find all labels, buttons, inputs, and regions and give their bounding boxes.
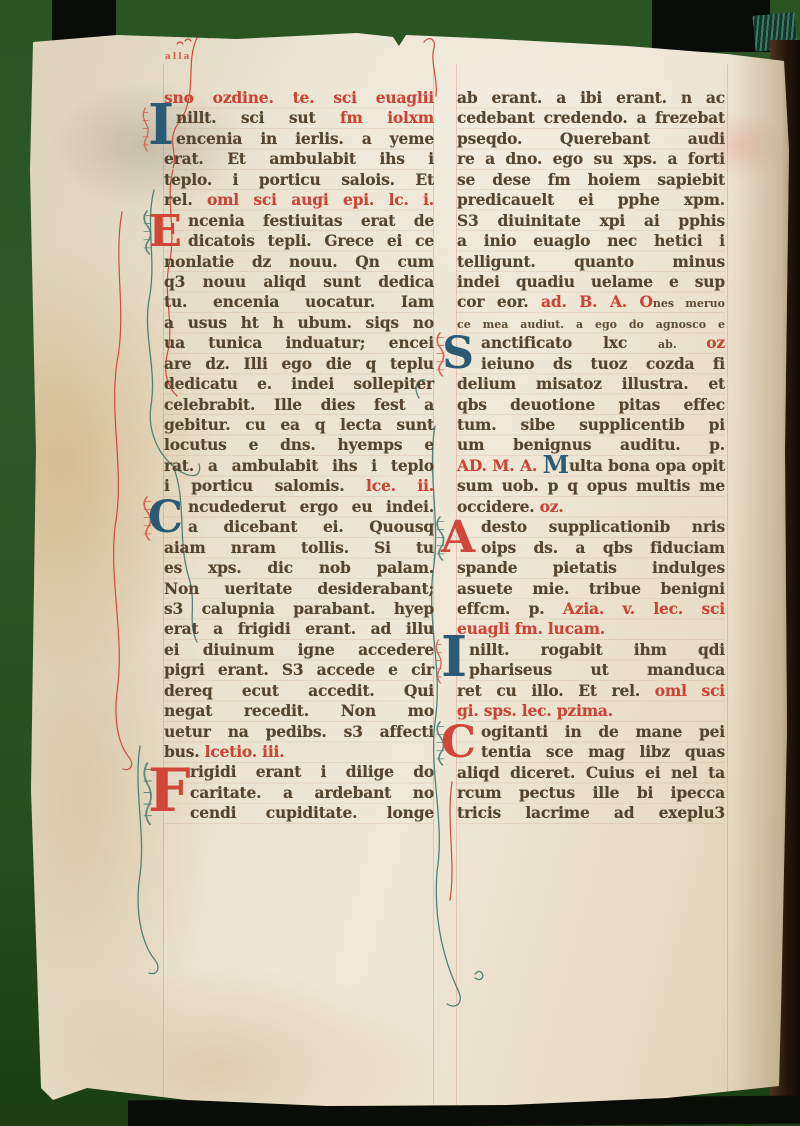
body-text: pigri erant. S3 accede e cir xyxy=(164,660,434,679)
ruling-line-vertical xyxy=(727,64,728,1110)
text-block: aiam nram tollis. Si tues xps. dic nob p… xyxy=(164,538,434,763)
body-text: nonlatie dz nouu. Qn cum xyxy=(164,252,434,271)
rubric-text: gi. sps. lec. pzima. xyxy=(457,701,613,720)
initial-letter: C xyxy=(148,497,182,539)
body-text: i porticu salomis. xyxy=(164,476,366,495)
body-text: erat. Et ambulabit ihs i xyxy=(164,149,434,168)
text-line: es xps. dic nob palam. xyxy=(164,558,434,578)
body-text: nillt. sci sut xyxy=(176,108,340,127)
text-block: Encenia festiuitas erat dedicatois tepli… xyxy=(164,211,434,252)
body-text: rcum pectus ille bi ipecca xyxy=(457,783,725,802)
text-line: q3 nouu aliqd sunt dedica xyxy=(164,272,434,292)
text-line: ei diuinum igne accedere xyxy=(164,640,434,660)
body-text: phariseus ut manduca xyxy=(469,660,725,679)
rubric-text: AD. M. A. xyxy=(457,456,543,475)
manuscript-page: alla sno ozdine. te. sci euagliiInillt. … xyxy=(27,30,793,1110)
text-block: Cogitanti in de mane peitentia sce mag l… xyxy=(457,722,725,763)
text-line: sno ozdine. te. sci euaglii xyxy=(164,88,434,108)
body-text: rat. a ambulabit ihs i teplo xyxy=(164,456,434,475)
text-line: phariseus ut manduca xyxy=(457,660,725,680)
body-text: Non ueritate desiderabant; xyxy=(164,579,434,598)
drop-cap-initial-S: S xyxy=(441,333,475,374)
rubric-text: oz. xyxy=(540,497,564,516)
text-line: pseqdo. Querebant audi xyxy=(457,129,725,149)
body-text: ncenia festiuitas erat de xyxy=(188,211,434,230)
body-text: qbs deuotione pitas effec xyxy=(457,395,725,414)
text-column-right: ab erant. a ibi erant. n accedebant cred… xyxy=(457,88,725,824)
body-text: s3 calupnia parabant. hyep xyxy=(164,599,434,618)
text-line: rigidi erant i dilige do xyxy=(164,762,434,782)
body-text: encenia in ierlis. a yeme xyxy=(176,129,434,148)
text-line: S3 diuinitate xpi ai pphis xyxy=(457,211,725,231)
text-line: are dz. Illi ego die q teplu xyxy=(164,354,434,374)
initial-letter: E xyxy=(148,211,182,253)
drop-cap-initial-A: A xyxy=(441,517,475,558)
body-text: spande pietatis indulges xyxy=(457,558,725,577)
body-text: locutus e dns. hyemps e xyxy=(164,435,434,454)
text-line: desto supplicationib nris xyxy=(457,517,725,537)
text-line: ab erant. a ibi erant. n ac xyxy=(457,88,725,108)
body-text: desto supplicationib nris xyxy=(481,517,725,536)
body-text: aliqd diceret. Cuius ei nel ta xyxy=(457,763,725,782)
text-line: tum. sibe supplicentib pi xyxy=(457,415,725,435)
text-block: ret cu illo. Et rel. oml scigi. sps. lec… xyxy=(457,681,725,722)
text-line: nillt. rogabit ihm qdi xyxy=(457,640,725,660)
text-block: aliqd diceret. Cuius ei nel tarcum pectu… xyxy=(457,763,725,824)
text-line: anctificato lxc ab. oz xyxy=(457,333,725,353)
text-line: negat recedit. Non mo xyxy=(164,701,434,721)
body-text: celebrabit. Ille dies fest a xyxy=(164,395,434,414)
text-line: rcum pectus ille bi ipecca xyxy=(457,783,725,803)
body-text: nillt. rogabit ihm qdi xyxy=(469,640,725,659)
text-line: dicatois tepli. Grece ei ce xyxy=(164,231,434,251)
text-line: ieiuno ds tuoz cozda fi xyxy=(457,354,725,374)
text-line: ua tunica induatur; encei xyxy=(164,333,434,353)
drop-cap-initial-I: I xyxy=(441,640,463,681)
text-line: se dese fm hoiem sapiebit xyxy=(457,170,725,190)
initial-letter: A xyxy=(441,517,475,559)
text-block: erat. Et ambulabit ihs iteplo. i porticu… xyxy=(164,149,434,210)
body-text: ogitanti in de mane pei xyxy=(481,722,725,741)
text-line: nillt. sci sut fm iolxm xyxy=(164,108,434,128)
rubric-text: lce. ii. xyxy=(366,476,434,495)
text-line: bus. lcetio. iii. xyxy=(164,742,434,762)
text-line: erat a frigidi erant. ad illu xyxy=(164,619,434,639)
text-line: celebrabit. Ille dies fest a xyxy=(164,395,434,415)
body-text: uetur na pedibs. s3 affecti xyxy=(164,722,434,741)
body-text: es xps. dic nob palam. xyxy=(164,558,434,577)
text-line: a dicebant ei. Quousq xyxy=(164,517,434,537)
rubric-text: fm iolxm xyxy=(340,108,434,127)
text-line: delium misatoz illustra. et xyxy=(457,374,725,394)
text-line: telligunt. quanto minus xyxy=(457,252,725,272)
body-text: dedicatu e. indei sollepiter xyxy=(164,374,434,393)
rubric-text: sno ozdine. te. sci euaglii xyxy=(164,88,434,107)
text-line: erat. Et ambulabit ihs i xyxy=(164,149,434,169)
drop-cap-initial-I: I xyxy=(148,108,170,149)
drop-cap-initial-C: C xyxy=(148,497,182,538)
text-line: euagli fm. lucam. xyxy=(457,619,725,639)
text-block: Sanctificato lxc ab. ozieiuno ds tuoz co… xyxy=(457,333,725,374)
body-text: a inio euaglo nec hetici i xyxy=(457,231,725,250)
body-text: predicauelt ei pphe xpm. xyxy=(457,190,725,209)
body-text: re a dno. ego su xps. a forti xyxy=(457,149,725,168)
drop-cap-initial-F: F xyxy=(148,762,184,823)
text-line: nonlatie dz nouu. Qn cum xyxy=(164,252,434,272)
initial-letter: S xyxy=(441,333,475,375)
text-line: i porticu salomis. lce. ii. xyxy=(164,476,434,496)
text-line: AD. M. A. Multa bona opa opit xyxy=(457,456,725,476)
text-line: aliqd diceret. Cuius ei nel ta xyxy=(457,763,725,783)
initial-letter: I xyxy=(441,635,463,679)
body-text: ua tunica induatur; encei xyxy=(164,333,434,352)
body-text: oips ds. a qbs fiduciam xyxy=(481,538,725,557)
rubric-text: oz xyxy=(706,333,725,352)
text-block: Inillt. sci sut fm iolxmencenia in ierli… xyxy=(164,108,434,149)
body-text: ab erant. a ibi erant. n ac xyxy=(457,88,725,107)
text-line: cor eor. ad. B. A. Ones meruo xyxy=(457,292,725,312)
text-column-left: sno ozdine. te. sci euagliiInillt. sci s… xyxy=(164,88,434,824)
body-text: ce mea audiut. a ego do agnosco e xyxy=(457,318,725,331)
text-line: gi. sps. lec. pzima. xyxy=(457,701,725,721)
body-text: effcm. p. xyxy=(457,599,563,618)
body-text: pseqdo. Querebant audi xyxy=(457,129,725,148)
body-text: cendi cupiditate. longe xyxy=(190,803,434,822)
drop-cap-initial-E: E xyxy=(148,211,182,252)
body-text: indei quadiu uelame e sup xyxy=(457,272,725,291)
text-block: ab erant. a ibi erant. n accedebant cred… xyxy=(457,88,725,333)
body-text: aiam nram tollis. Si tu xyxy=(164,538,434,557)
text-line: aiam nram tollis. Si tu xyxy=(164,538,434,558)
margin-mark: alla xyxy=(165,52,192,62)
rubric-text: ad. B. A. O xyxy=(541,292,653,311)
text-block: Frigidi erant i dilige docaritate. a ard… xyxy=(164,762,434,823)
text-line: dereq ecut accedit. Qui xyxy=(164,681,434,701)
body-text: S3 diuinitate xpi ai pphis xyxy=(457,211,725,230)
body-text: erat a frigidi erant. ad illu xyxy=(164,619,434,638)
body-text: a usus ht h ubum. siqs no xyxy=(164,313,434,332)
body-text: ret cu illo. Et rel. xyxy=(457,681,655,700)
body-text: asuete mie. tribue benigni xyxy=(457,579,725,598)
rubric-text: oml sci xyxy=(655,681,725,700)
text-line: cendi cupiditate. longe xyxy=(164,803,434,823)
rubric-text: lcetio. iii. xyxy=(205,742,285,761)
body-text: dicatois tepli. Grece ei ce xyxy=(188,231,434,250)
drop-cap-initial-C: C xyxy=(441,722,475,763)
body-text: rigidi erant i dilige do xyxy=(190,762,434,781)
initial-letter: C xyxy=(441,722,475,764)
text-line: gebitur. cu ea q lecta sunt xyxy=(164,415,434,435)
body-text: tricis lacrime ad exeplu3 xyxy=(457,803,725,822)
text-line: rel. oml sci augi epi. lc. i. xyxy=(164,190,434,210)
body-text: sum uob. p q opus multis me xyxy=(457,476,725,495)
body-text: cedebant credendo. a frezebat xyxy=(457,108,725,127)
text-block: sno ozdine. te. sci euaglii xyxy=(164,88,434,108)
text-line: dedicatu e. indei sollepiter xyxy=(164,374,434,394)
body-text: q3 nouu aliqd sunt dedica xyxy=(164,272,434,291)
text-line: encenia in ierlis. a yeme xyxy=(164,129,434,149)
body-text: negat recedit. Non mo xyxy=(164,701,434,720)
text-block: Adesto supplicationib nrisoips ds. a qbs… xyxy=(457,517,725,558)
text-line: tricis lacrime ad exeplu3 xyxy=(457,803,725,823)
body-text: gebitur. cu ea q lecta sunt xyxy=(164,415,434,434)
text-line: predicauelt ei pphe xpm. xyxy=(457,190,725,210)
body-text: ieiuno ds tuoz cozda fi xyxy=(481,354,725,373)
text-line: locutus e dns. hyemps e xyxy=(164,435,434,455)
body-text: tum. sibe supplicentib pi xyxy=(457,415,725,434)
text-block: delium misatoz illustra. etqbs deuotione… xyxy=(457,374,725,517)
body-text: tu. encenia uocatur. Iam xyxy=(164,292,434,311)
text-block: spande pietatis indulgesasuete mie. trib… xyxy=(457,558,725,640)
initial-letter: I xyxy=(148,103,170,147)
body-text: are dz. Illi ego die q teplu xyxy=(164,354,434,373)
rubric-text: Azia. v. lec. sci xyxy=(563,599,725,618)
text-line: ncenia festiuitas erat de xyxy=(164,211,434,231)
text-line: indei quadiu uelame e sup xyxy=(457,272,725,292)
body-text: um benignus auditu. p. xyxy=(457,435,725,454)
text-line: oips ds. a qbs fiduciam xyxy=(457,538,725,558)
text-line: spande pietatis indulges xyxy=(457,558,725,578)
text-block: Inillt. rogabit ihm qdiphariseus ut mand… xyxy=(457,640,725,681)
initial-letter: F xyxy=(148,762,184,820)
body-text: ei diuinum igne accedere xyxy=(164,640,434,659)
body-text: cor eor. xyxy=(457,292,541,311)
text-line: ncudederut ergo eu indei. xyxy=(164,497,434,517)
text-line: a inio euaglo nec hetici i xyxy=(457,231,725,251)
text-line: occidere. oz. xyxy=(457,497,725,517)
text-line: caritate. a ardebant no xyxy=(164,783,434,803)
rubric-text: oml sci augi epi. lc. i. xyxy=(207,190,434,209)
text-line: asuete mie. tribue benigni xyxy=(457,579,725,599)
binding-shadow-top-right xyxy=(652,0,770,52)
photograph-background: alla sno ozdine. te. sci euagliiInillt. … xyxy=(0,0,800,1126)
body-text: dereq ecut accedit. Qui xyxy=(164,681,434,700)
text-line: re a dno. ego su xps. a forti xyxy=(457,149,725,169)
body-text: nes meruo xyxy=(653,297,725,310)
text-line: sum uob. p q opus multis me xyxy=(457,476,725,496)
text-line: uetur na pedibs. s3 affecti xyxy=(164,722,434,742)
body-text: delium misatoz illustra. et xyxy=(457,374,725,393)
text-line: ce mea audiut. a ego do agnosco e xyxy=(457,313,725,333)
text-line: teplo. i porticu salois. Et xyxy=(164,170,434,190)
text-block: Cncudederut ergo eu indei.a dicebant ei.… xyxy=(164,497,434,538)
body-text: tentia sce mag libz quas xyxy=(481,742,725,761)
body-text: telligunt. quanto minus xyxy=(457,252,725,271)
body-text: ulta bona opa opit xyxy=(569,456,725,475)
text-line: effcm. p. Azia. v. lec. sci xyxy=(457,599,725,619)
text-line: ret cu illo. Et rel. oml sci xyxy=(457,681,725,701)
body-text: se dese fm hoiem sapiebit xyxy=(457,170,725,189)
body-text: caritate. a ardebant no xyxy=(190,783,434,802)
text-line: tentia sce mag libz quas xyxy=(457,742,725,762)
body-text: anctificato lxc xyxy=(481,333,658,352)
text-line: a usus ht h ubum. siqs no xyxy=(164,313,434,333)
inline-initial: M xyxy=(543,450,569,479)
text-line: Non ueritate desiderabant; xyxy=(164,579,434,599)
text-line: s3 calupnia parabant. hyep xyxy=(164,599,434,619)
text-line: pigri erant. S3 accede e cir xyxy=(164,660,434,680)
body-text: ab. xyxy=(658,338,706,351)
body-text: teplo. i porticu salois. Et xyxy=(164,170,434,189)
body-text: a dicebant ei. Quousq xyxy=(188,517,434,536)
body-text: ncudederut ergo eu indei. xyxy=(188,497,434,516)
rubric-text: euagli fm. lucam. xyxy=(457,619,605,638)
text-line: um benignus auditu. p. xyxy=(457,435,725,455)
text-block: nonlatie dz nouu. Qn cumq3 nouu aliqd su… xyxy=(164,252,434,497)
text-line: tu. encenia uocatur. Iam xyxy=(164,292,434,312)
text-line: qbs deuotione pitas effec xyxy=(457,395,725,415)
text-line: ogitanti in de mane pei xyxy=(457,722,725,742)
text-line: rat. a ambulabit ihs i teplo xyxy=(164,456,434,476)
text-line: cedebant credendo. a frezebat xyxy=(457,108,725,128)
